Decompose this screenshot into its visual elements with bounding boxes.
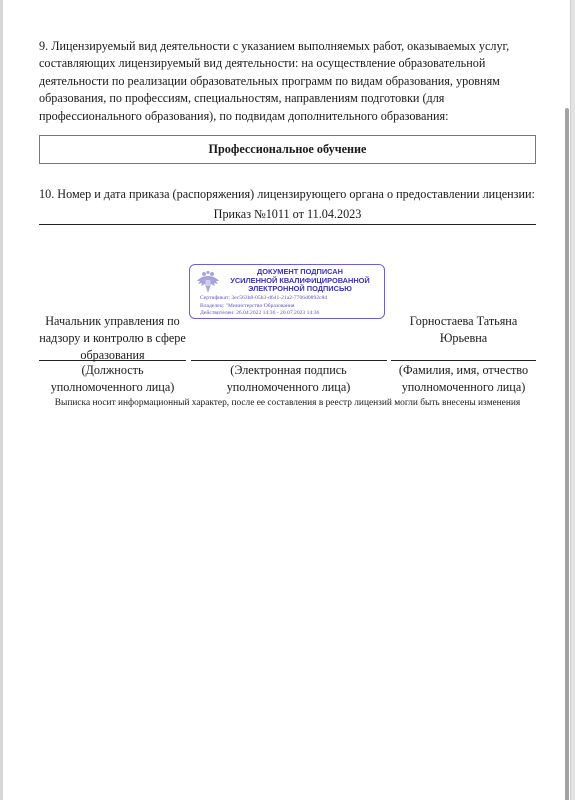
signature-caption: (Электронная подпись уполномоченного лиц… xyxy=(191,361,387,396)
disclaimer-note: Выписка носит информационный характер, п… xyxy=(39,397,536,409)
scrollbar-thumb[interactable] xyxy=(565,108,569,800)
viewer-right-edge xyxy=(570,0,575,800)
stamp-certificate: Сертификат: 3ec563b8-05b3-d641-21a2-7706… xyxy=(200,295,327,303)
licensed-activity-box: Профессиональное обучение xyxy=(39,135,536,164)
stamp-title-line: ЭЛЕКТРОННОЙ ПОДПИСЬЮ xyxy=(220,285,380,294)
signature-captions-row: (Должность уполномоченного лица) (Электр… xyxy=(39,361,536,396)
official-position: Начальник управления по надзору и контро… xyxy=(39,313,186,361)
license-order-value: Приказ №1011 от 11.04.2023 xyxy=(39,206,536,225)
viewer-left-edge xyxy=(0,0,3,800)
position-caption: (Должность уполномоченного лица) xyxy=(39,361,186,396)
electronic-signature-cell xyxy=(191,313,387,361)
signature-values-row: Начальник управления по надзору и контро… xyxy=(39,313,536,361)
name-caption: (Фамилия, имя, отчество уполномоченного … xyxy=(391,361,536,396)
stamp-title: ДОКУМЕНТ ПОДПИСАН УСИЛЕННОЙ КВАЛИФИЦИРОВ… xyxy=(220,268,380,294)
section-10-text: 10. Номер и дата приказа (распоряжения) … xyxy=(39,186,536,203)
official-name: Горностаева Татьяна Юрьевна xyxy=(391,313,536,361)
document-page: 9. Лицензируемый вид деятельности с указ… xyxy=(39,38,536,225)
electronic-signature-stamp: ДОКУМЕНТ ПОДПИСАН УСИЛЕННОЙ КВАЛИФИЦИРОВ… xyxy=(189,264,385,319)
signature-table: Начальник управления по надзору и контро… xyxy=(39,313,536,396)
licensed-activity-value: Профессиональное обучение xyxy=(209,142,367,157)
coat-of-arms-icon xyxy=(195,269,221,295)
section-9-text: 9. Лицензируемый вид деятельности с указ… xyxy=(39,38,536,125)
